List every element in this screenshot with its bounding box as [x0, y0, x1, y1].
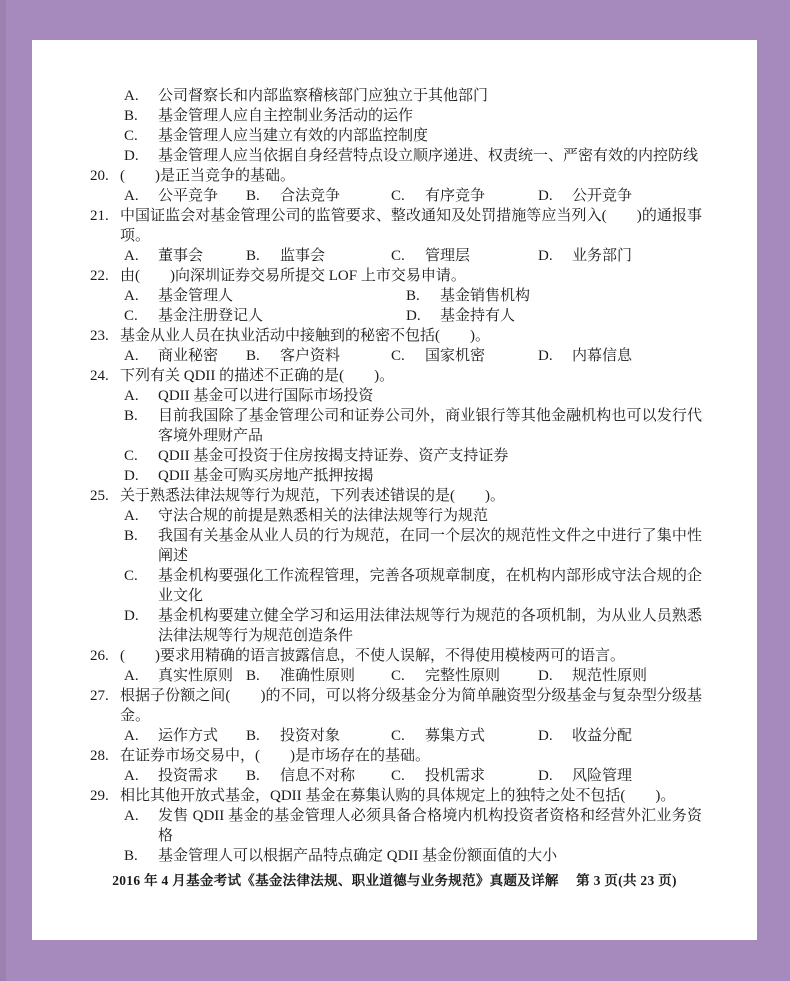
option-text: 基金管理人可以根据产品特点确定 QDII 基金份额面值的大小	[158, 846, 702, 866]
question-stem: 关于熟悉法律法规等行为规范，下列表述错误的是( )。	[120, 486, 702, 506]
option-text: 公开竞争	[572, 186, 702, 206]
question-body: 下列有关 QDII 的描述不正确的是( )。A.QDII 基金可以进行国际市场投…	[120, 366, 702, 486]
option-C: C.基金管理人应当建立有效的内部监控制度	[124, 126, 702, 146]
question-body: 根据子份额之间( )的不同，可以将分级基金分为简单融资型分级基金与复杂型分级基金…	[120, 686, 702, 746]
question-24: 24.下列有关 QDII 的描述不正确的是( )。A.QDII 基金可以进行国际…	[90, 366, 702, 486]
option-D: D.规范性原则	[538, 666, 702, 686]
option-B: B.投资对象	[246, 726, 391, 746]
question-continuation: A.公司督察长和内部监察稽核部门应独立于其他部门B.基金管理人应自主控制业务活动…	[90, 86, 702, 166]
option-text: 运作方式	[158, 726, 246, 746]
question-stem: 在证券市场交易中，( )是市场存在的基础。	[120, 746, 702, 766]
option-text: 客户资料	[280, 346, 391, 366]
option-A: A.QDII 基金可以进行国际市场投资	[124, 386, 702, 406]
option-letter: C.	[124, 446, 158, 466]
option-text: 募集方式	[425, 726, 538, 746]
option-letter: B.	[124, 526, 158, 566]
option-text: 董事会	[158, 246, 246, 266]
option-B: B.我国有关基金从业人员的行为规范，在同一个层次的规范性文件之中进行了集中性阐述	[124, 526, 702, 566]
option-text: 信息不对称	[280, 766, 391, 786]
option-B: B.基金销售机构	[406, 286, 702, 306]
option-text: 基金管理人	[158, 286, 406, 306]
option-letter: B.	[124, 846, 158, 866]
option-text: 公司督察长和内部监察稽核部门应独立于其他部门	[158, 86, 702, 106]
option-letter: B.	[246, 186, 280, 206]
option-B: B.基金管理人应自主控制业务活动的运作	[124, 106, 702, 126]
option-A: A.董事会	[124, 246, 246, 266]
question-20: 20.( )是正当竞争的基础。A.公平竞争B.合法竞争C.有序竞争D.公开竞争	[90, 166, 702, 206]
question-number: 23.	[90, 326, 120, 366]
option-A: A.守法合规的前提是熟悉相关的法律法规等行为规范	[124, 506, 702, 526]
option-text: 国家机密	[425, 346, 538, 366]
question-body: 中国证监会对基金管理公司的监管要求、整改通知及处罚措施等应当列入( )的通报事项…	[120, 206, 702, 266]
question-stem: 中国证监会对基金管理公司的监管要求、整改通知及处罚措施等应当列入( )的通报事项…	[120, 206, 702, 246]
option-text: QDII 基金可以进行国际市场投资	[158, 386, 702, 406]
scan-background: { "page": { "border_color": "#a78abd", "…	[0, 0, 790, 981]
option-text: 完整性原则	[425, 666, 538, 686]
question-body: 由( )向深圳证券交易所提交 LOF 上市交易申请。A.基金管理人B.基金销售机…	[120, 266, 702, 326]
option-text: 基金管理人应当依据自身经营特点设立顺序递进、权责统一、严密有效的内控防线	[158, 146, 702, 166]
option-text: 商业秘密	[158, 346, 246, 366]
option-D: D.内幕信息	[538, 346, 702, 366]
options-group: A.运作方式B.投资对象C.募集方式D.收益分配	[124, 726, 702, 746]
option-letter: D.	[538, 346, 572, 366]
option-letter: B.	[246, 666, 280, 686]
option-text: 发售 QDII 基金的基金管理人必须具备合格境内机构投资者资格和经营外汇业务资格	[158, 806, 702, 846]
options-group: A.守法合规的前提是熟悉相关的法律法规等行为规范B.我国有关基金从业人员的行为规…	[124, 506, 702, 646]
option-A: A.基金管理人	[124, 286, 406, 306]
options-group: A.董事会B.监事会C.管理层D.业务部门	[124, 246, 702, 266]
question-21: 21.中国证监会对基金管理公司的监管要求、整改通知及处罚措施等应当列入( )的通…	[90, 206, 702, 266]
option-text: 基金管理人应当建立有效的内部监控制度	[158, 126, 702, 146]
option-text: 真实性原则	[158, 666, 246, 686]
option-text: 我国有关基金从业人员的行为规范，在同一个层次的规范性文件之中进行了集中性阐述	[158, 526, 702, 566]
option-D: D.基金机构要建立健全学习和运用法律法规等行为规范的各项机制，为从业人员熟悉法律…	[124, 606, 702, 646]
option-C: C.国家机密	[391, 346, 538, 366]
question-stem: 根据子份额之间( )的不同，可以将分级基金分为简单融资型分级基金与复杂型分级基金…	[120, 686, 702, 726]
option-letter: A.	[124, 506, 158, 526]
option-letter: C.	[391, 666, 425, 686]
option-letter: D.	[124, 606, 158, 646]
option-letter: B.	[406, 286, 440, 306]
question-27: 27.根据子份额之间( )的不同，可以将分级基金分为简单融资型分级基金与复杂型分…	[90, 686, 702, 746]
question-number: 27.	[90, 686, 120, 746]
option-D: D.收益分配	[538, 726, 702, 746]
option-letter: C.	[391, 346, 425, 366]
question-number	[90, 86, 120, 166]
option-letter: C.	[391, 246, 425, 266]
option-C: C.基金机构要强化工作流程管理，完善各项规章制度，在机构内部形成守法合规的企业文…	[124, 566, 702, 606]
option-text: QDII 基金可投资于住房按揭支持证券、资产支持证券	[158, 446, 702, 466]
option-text: 目前我国除了基金管理公司和证券公司外，商业银行等其他金融机构也可以发行代客境外理…	[158, 406, 702, 446]
option-letter: C.	[391, 766, 425, 786]
options-group: A.商业秘密B.客户资料C.国家机密D.内幕信息	[124, 346, 702, 366]
option-text: 合法竞争	[280, 186, 391, 206]
question-number: 25.	[90, 486, 120, 646]
option-C: C.完整性原则	[391, 666, 538, 686]
question-number: 22.	[90, 266, 120, 326]
question-22: 22.由( )向深圳证券交易所提交 LOF 上市交易申请。A.基金管理人B.基金…	[90, 266, 702, 326]
option-text: 基金机构要强化工作流程管理，完善各项规章制度，在机构内部形成守法合规的企业文化	[158, 566, 702, 606]
question-number: 21.	[90, 206, 120, 266]
option-text: 内幕信息	[572, 346, 702, 366]
option-text: 基金注册登记人	[158, 306, 406, 326]
option-D: D.基金管理人应当依据自身经营特点设立顺序递进、权责统一、严密有效的内控防线	[124, 146, 702, 166]
option-letter: D.	[406, 306, 440, 326]
options-group: A.基金管理人B.基金销售机构C.基金注册登记人D.基金持有人	[124, 286, 702, 326]
exam-page: A.公司督察长和内部监察稽核部门应独立于其他部门B.基金管理人应自主控制业务活动…	[32, 40, 757, 940]
options-group: A.投资需求B.信息不对称C.投机需求D.风险管理	[124, 766, 702, 786]
option-text: 有序竞争	[425, 186, 538, 206]
option-letter: D.	[124, 146, 158, 166]
option-D: D.业务部门	[538, 246, 702, 266]
option-letter: D.	[538, 726, 572, 746]
option-B: B.监事会	[246, 246, 391, 266]
option-letter: A.	[124, 766, 158, 786]
option-letter: C.	[124, 306, 158, 326]
option-C: C.投机需求	[391, 766, 538, 786]
option-B: B.客户资料	[246, 346, 391, 366]
question-28: 28.在证券市场交易中，( )是市场存在的基础。A.投资需求B.信息不对称C.投…	[90, 746, 702, 786]
option-D: D.公开竞争	[538, 186, 702, 206]
option-letter: C.	[124, 126, 158, 146]
option-letter: A.	[124, 386, 158, 406]
option-A: A.运作方式	[124, 726, 246, 746]
option-text: 投资对象	[280, 726, 391, 746]
options-group: A.真实性原则B.准确性原则C.完整性原则D.规范性原则	[124, 666, 702, 686]
question-23: 23.基金从业人员在执业活动中接触到的秘密不包括( )。A.商业秘密B.客户资料…	[90, 326, 702, 366]
option-letter: D.	[538, 766, 572, 786]
question-number: 20.	[90, 166, 120, 206]
option-D: D.QDII 基金可购买房地产抵押按揭	[124, 466, 702, 486]
questions-list: A.公司督察长和内部监察稽核部门应独立于其他部门B.基金管理人应自主控制业务活动…	[32, 40, 757, 866]
option-C: C.有序竞争	[391, 186, 538, 206]
option-letter: B.	[124, 406, 158, 446]
question-number: 28.	[90, 746, 120, 786]
option-C: C.基金注册登记人	[124, 306, 406, 326]
option-B: B.合法竞争	[246, 186, 391, 206]
option-letter: A.	[124, 186, 158, 206]
option-C: C.QDII 基金可投资于住房按揭支持证券、资产支持证券	[124, 446, 702, 466]
question-body: 基金从业人员在执业活动中接触到的秘密不包括( )。A.商业秘密B.客户资料C.国…	[120, 326, 702, 366]
option-letter: A.	[124, 726, 158, 746]
option-text: 规范性原则	[572, 666, 702, 686]
option-text: 公平竞争	[158, 186, 246, 206]
question-number: 29.	[90, 786, 120, 866]
question-stem: ( )是正当竞争的基础。	[120, 166, 702, 186]
question-body: ( )是正当竞争的基础。A.公平竞争B.合法竞争C.有序竞争D.公开竞争	[120, 166, 702, 206]
question-25: 25.关于熟悉法律法规等行为规范，下列表述错误的是( )。A.守法合规的前提是熟…	[90, 486, 702, 646]
option-D: D.基金持有人	[406, 306, 702, 326]
option-letter: D.	[124, 466, 158, 486]
question-stem: 下列有关 QDII 的描述不正确的是( )。	[120, 366, 702, 386]
question-stem: 基金从业人员在执业活动中接触到的秘密不包括( )。	[120, 326, 702, 346]
option-C: C.管理层	[391, 246, 538, 266]
options-group: A.公平竞争B.合法竞争C.有序竞争D.公开竞争	[124, 186, 702, 206]
question-body: A.公司督察长和内部监察稽核部门应独立于其他部门B.基金管理人应自主控制业务活动…	[120, 86, 702, 166]
option-A: A.公平竞争	[124, 186, 246, 206]
option-letter: A.	[124, 86, 158, 106]
question-stem: 相比其他开放式基金，QDII 基金在募集认购的具体规定上的独特之处不包括( )。	[120, 786, 702, 806]
option-A: A.投资需求	[124, 766, 246, 786]
option-text: 业务部门	[572, 246, 702, 266]
question-body: ( )要求用精确的语言披露信息，不使人误解，不得使用模棱两可的语言。A.真实性原…	[120, 646, 702, 686]
option-letter: D.	[538, 246, 572, 266]
option-letter: A.	[124, 286, 158, 306]
question-29: 29.相比其他开放式基金，QDII 基金在募集认购的具体规定上的独特之处不包括(…	[90, 786, 702, 866]
option-letter: C.	[124, 566, 158, 606]
question-number: 24.	[90, 366, 120, 486]
option-text: 基金管理人应自主控制业务活动的运作	[158, 106, 702, 126]
option-letter: B.	[246, 726, 280, 746]
question-stem: ( )要求用精确的语言披露信息，不使人误解，不得使用模棱两可的语言。	[120, 646, 702, 666]
option-text: 准确性原则	[280, 666, 391, 686]
option-A: A.商业秘密	[124, 346, 246, 366]
option-B: B.基金管理人可以根据产品特点确定 QDII 基金份额面值的大小	[124, 846, 702, 866]
option-C: C.募集方式	[391, 726, 538, 746]
option-letter: B.	[246, 246, 280, 266]
option-text: 基金持有人	[440, 306, 702, 326]
scan-edge-shade	[0, 0, 6, 981]
option-letter: A.	[124, 346, 158, 366]
page-footer: 2016 年 4 月基金考试《基金法律法规、职业道德与业务规范》真题及详解 第 …	[32, 869, 757, 889]
option-text: 基金机构要建立健全学习和运用法律法规等行为规范的各项机制，为从业人员熟悉法律法规…	[158, 606, 702, 646]
option-letter: B.	[246, 766, 280, 786]
option-B: B.准确性原则	[246, 666, 391, 686]
option-text: 守法合规的前提是熟悉相关的法律法规等行为规范	[158, 506, 702, 526]
option-D: D.风险管理	[538, 766, 702, 786]
options-group: A.发售 QDII 基金的基金管理人必须具备合格境内机构投资者资格和经营外汇业务…	[124, 806, 702, 866]
option-A: A.公司督察长和内部监察稽核部门应独立于其他部门	[124, 86, 702, 106]
option-letter: C.	[391, 186, 425, 206]
option-text: 基金销售机构	[440, 286, 702, 306]
option-B: B.信息不对称	[246, 766, 391, 786]
option-letter: B.	[246, 346, 280, 366]
option-text: 监事会	[280, 246, 391, 266]
option-text: 管理层	[425, 246, 538, 266]
option-letter: C.	[391, 726, 425, 746]
option-letter: D.	[538, 666, 572, 686]
option-text: 投资需求	[158, 766, 246, 786]
option-text: 投机需求	[425, 766, 538, 786]
option-letter: B.	[124, 106, 158, 126]
option-letter: A.	[124, 666, 158, 686]
option-letter: A.	[124, 246, 158, 266]
question-stem: 由( )向深圳证券交易所提交 LOF 上市交易申请。	[120, 266, 702, 286]
question-body: 相比其他开放式基金，QDII 基金在募集认购的具体规定上的独特之处不包括( )。…	[120, 786, 702, 866]
options-group: A.公司督察长和内部监察稽核部门应独立于其他部门B.基金管理人应自主控制业务活动…	[124, 86, 702, 166]
option-text: 收益分配	[572, 726, 702, 746]
option-text: 风险管理	[572, 766, 702, 786]
option-A: A.真实性原则	[124, 666, 246, 686]
question-number: 26.	[90, 646, 120, 686]
option-text: QDII 基金可购买房地产抵押按揭	[158, 466, 702, 486]
question-26: 26.( )要求用精确的语言披露信息，不使人误解，不得使用模棱两可的语言。A.真…	[90, 646, 702, 686]
option-letter: D.	[538, 186, 572, 206]
option-B: B.目前我国除了基金管理公司和证券公司外，商业银行等其他金融机构也可以发行代客境…	[124, 406, 702, 446]
options-group: A.QDII 基金可以进行国际市场投资B.目前我国除了基金管理公司和证券公司外，…	[124, 386, 702, 486]
option-letter: A.	[124, 806, 158, 846]
option-A: A.发售 QDII 基金的基金管理人必须具备合格境内机构投资者资格和经营外汇业务…	[124, 806, 702, 846]
question-body: 关于熟悉法律法规等行为规范，下列表述错误的是( )。A.守法合规的前提是熟悉相关…	[120, 486, 702, 646]
question-body: 在证券市场交易中，( )是市场存在的基础。A.投资需求B.信息不对称C.投机需求…	[120, 746, 702, 786]
